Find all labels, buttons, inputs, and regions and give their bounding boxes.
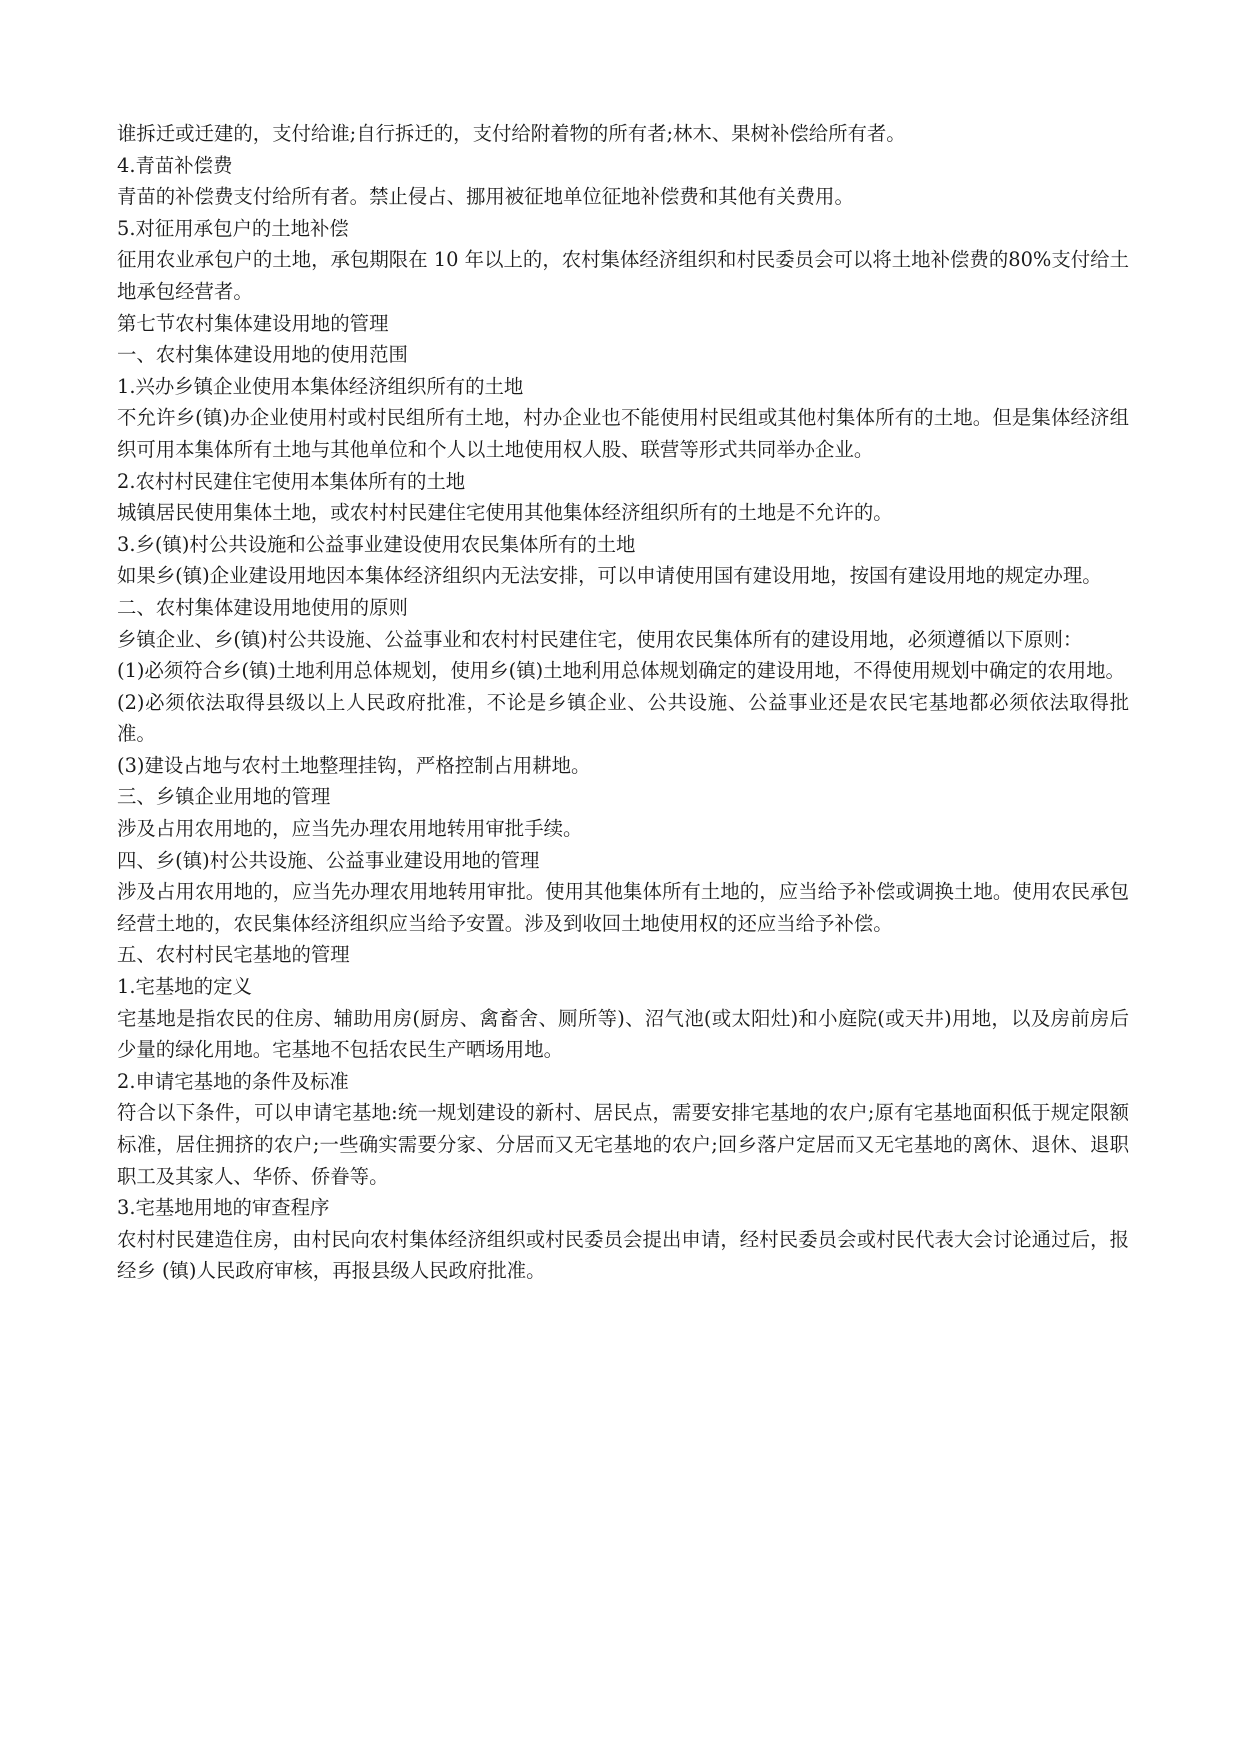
heading-homestead-management: 五、农村村民宅基地的管理 bbox=[117, 939, 1129, 971]
paragraph-relocation-payment: 谁拆迁或迁建的，支付给谁;自行拆迁的，支付给附着物的所有者;林木、果树补偿给所有… bbox=[117, 118, 1129, 150]
document-page: 谁拆迁或迁建的，支付给谁;自行拆迁的，支付给附着物的所有者;林木、果树补偿给所有… bbox=[117, 118, 1129, 1287]
section-title-7: 第七节农村集体建设用地的管理 bbox=[117, 308, 1129, 340]
paragraph-principles-intro: 乡镇企业、乡(镇)村公共设施、公益事业和农村村民建住宅，使用农民集体所有的建设用… bbox=[117, 624, 1129, 656]
heading-township-enterprise-management: 三、乡镇企业用地的管理 bbox=[117, 781, 1129, 813]
heading-contractor-compensation: 5.对征用承包户的土地补偿 bbox=[117, 213, 1129, 245]
heading-township-enterprise-land: 1.兴办乡镇企业使用本集体经济组织所有的土地 bbox=[117, 371, 1129, 403]
paragraph-public-welfare-management: 涉及占用农用地的，应当先办理农用地转用审批。使用其他集体所有土地的，应当给予补偿… bbox=[117, 876, 1129, 939]
heading-villager-housing-land: 2.农村村民建住宅使用本集体所有的土地 bbox=[117, 466, 1129, 498]
heading-homestead-review: 3.宅基地用地的审查程序 bbox=[117, 1192, 1129, 1224]
paragraph-public-facilities-land: 如果乡(镇)企业建设用地因本集体经济组织内无法安排，可以申请使用国有建设用地，按… bbox=[117, 560, 1129, 592]
paragraph-township-enterprise-land: 不允许乡(镇)办企业使用村或村民组所有土地，村办企业也不能使用村民组或其他村集体… bbox=[117, 402, 1129, 465]
paragraph-principle-1: (1)必须符合乡(镇)土地利用总体规划，使用乡(镇)土地利用总体规划确定的建设用… bbox=[117, 655, 1129, 687]
heading-usage-scope: 一、农村集体建设用地的使用范围 bbox=[117, 339, 1129, 371]
paragraph-homestead-definition: 宅基地是指农民的住房、辅助用房(厨房、禽畜舍、厕所等)、沼气池(或太阳灶)和小庭… bbox=[117, 1003, 1129, 1066]
heading-seedling-compensation: 4.青苗补偿费 bbox=[117, 150, 1129, 182]
heading-usage-principles: 二、农村集体建设用地使用的原则 bbox=[117, 592, 1129, 624]
paragraph-homestead-review: 农村村民建造住房，由村民向农村集体经济组织或村民委员会提出申请，经村民委员会或村… bbox=[117, 1224, 1129, 1287]
paragraph-villager-housing-land: 城镇居民使用集体土地，或农村村民建住宅使用其他集体经济组织所有的土地是不允许的。 bbox=[117, 497, 1129, 529]
paragraph-seedling-compensation: 青苗的补偿费支付给所有者。禁止侵占、挪用被征地单位征地补偿费和其他有关费用。 bbox=[117, 181, 1129, 213]
heading-public-welfare-management: 四、乡(镇)村公共设施、公益事业建设用地的管理 bbox=[117, 845, 1129, 877]
paragraph-homestead-conditions: 符合以下条件，可以申请宅基地:统一规划建设的新村、居民点，需要安排宅基地的农户;… bbox=[117, 1097, 1129, 1192]
heading-homestead-conditions: 2.申请宅基地的条件及标准 bbox=[117, 1066, 1129, 1098]
paragraph-principle-2: (2)必须依法取得县级以上人民政府批准，不论是乡镇企业、公共设施、公益事业还是农… bbox=[117, 687, 1129, 750]
heading-public-facilities-land: 3.乡(镇)村公共设施和公益事业建设使用农民集体所有的土地 bbox=[117, 529, 1129, 561]
paragraph-principle-3: (3)建设占地与农村土地整理挂钩，严格控制占用耕地。 bbox=[117, 750, 1129, 782]
paragraph-township-enterprise-management: 涉及占用农用地的，应当先办理农用地转用审批手续。 bbox=[117, 813, 1129, 845]
paragraph-contractor-compensation: 征用农业承包户的土地，承包期限在 10 年以上的，农村集体经济组织和村民委员会可… bbox=[117, 244, 1129, 307]
heading-homestead-definition: 1.宅基地的定义 bbox=[117, 971, 1129, 1003]
